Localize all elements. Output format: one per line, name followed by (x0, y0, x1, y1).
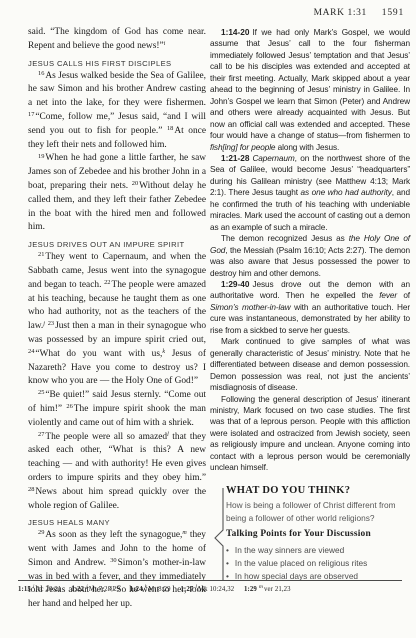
what-do-you-think-box: WHAT DO YOU THINK? How is being a follow… (226, 485, 410, 584)
think-box-question: How is being a follower of Christ differ… (226, 499, 410, 524)
footnote-entry: 1:15iAc 20:21 (18, 586, 61, 593)
footnote-letter: l (195, 584, 197, 590)
footnote-ref: 1:24 (130, 586, 143, 593)
think-box-bullet-list: In the way sinners are viewed In the val… (226, 544, 410, 584)
footnote-letter: m (259, 584, 263, 590)
verse-paragraph: said. “The kingdom of God has come near.… (28, 26, 206, 54)
think-box-subtitle: Talking Points for Your Discussion (226, 529, 410, 540)
footnote-text: Mk 10:24,32 (198, 586, 234, 593)
think-box-bullet: In the value placed on religious rites (226, 557, 410, 570)
footnote-text: ver 21,23 (264, 586, 291, 593)
verse-paragraph: 16As Jesus walked beside the Sea of Gali… (28, 70, 206, 153)
verse-paragraph: 21They went to Capernaum, and when the S… (28, 251, 206, 389)
commentary-paragraph: The demon recognized Jesus as the Holy O… (210, 233, 410, 279)
footnote-ref: 1:22 (71, 586, 84, 593)
footnote-text: Ac 20:21 (36, 586, 62, 593)
note-verse-range: 1:21-28 (221, 154, 249, 163)
verse-paragraph: 19When he had gone a little farther, he … (28, 152, 206, 235)
note-verse-range: 1:14-20 (221, 28, 249, 37)
commentary-paragraph: Following the general description of Jes… (210, 394, 410, 474)
footnote-ref: 1:27 (180, 586, 193, 593)
footnote-text: Mt 8:29 (148, 586, 170, 593)
footnote-entry: 1:22jMt 7:28,29 (71, 586, 120, 593)
verse-paragraph: 29As soon as they left the synagogue,m t… (28, 529, 206, 612)
commentary-note: 1:29-40Jesus drove out the demon with an… (210, 279, 410, 336)
running-head: MARK 1:311591 (314, 8, 404, 18)
footnote-divider (18, 580, 402, 581)
section-heading: JESUS HEALS MANY (28, 518, 206, 527)
footnote-entry: 1:24kMt 8:29 (130, 586, 171, 593)
footnote-text: Mt 7:28,29 (89, 586, 120, 593)
running-head-reference: MARK 1:31 (314, 8, 367, 18)
footnote-ref: 1:29 (244, 586, 257, 593)
verse-paragraph: 27The people were all so amazedl that th… (28, 431, 206, 514)
brace-pointer-icon (214, 488, 226, 580)
footnote-ref: 1:15 (18, 586, 31, 593)
verse-paragraph: 25“Be quiet!” said Jesus sternly. “Come … (28, 389, 206, 430)
think-box-bullet: In the way sinners are viewed (226, 544, 410, 557)
scripture-column: said. “The kingdom of God has come near.… (28, 26, 206, 612)
footnote-letter: j (86, 584, 88, 590)
footnotes-line: 1:15iAc 20:21 1:22jMt 7:28,29 1:24kMt 8:… (18, 584, 410, 593)
footnote-entry: 1:27lMk 10:24,32 (180, 586, 234, 593)
section-heading: JESUS CALLS HIS FIRST DISCIPLES (28, 59, 206, 68)
footnote-letter: i (33, 584, 35, 590)
footnote-entry: 1:29mver 21,23 (244, 586, 291, 593)
commentary-paragraph: Mark continued to give samples of what w… (210, 336, 410, 393)
think-box-title: WHAT DO YOU THINK? (226, 485, 410, 496)
commentary-column: 1:14-20If we had only Mark’s Gospel, we … (210, 27, 410, 583)
think-box-bullet: In how special days are observed (226, 570, 410, 583)
note-text: If we had only Mark’s Gospel, we would a… (210, 28, 410, 152)
commentary-note: 1:14-20If we had only Mark’s Gospel, we … (210, 27, 410, 153)
note-text: Capernaum, on the northwest shore of the… (210, 154, 410, 232)
section-heading: JESUS DRIVES OUT AN IMPURE SPIRIT (28, 240, 206, 249)
footnote-letter: k (145, 584, 148, 590)
commentary-note: 1:21-28Capernaum, on the northwest shore… (210, 153, 410, 233)
page-number: 1591 (382, 8, 404, 18)
note-verse-range: 1:29-40 (221, 280, 249, 289)
